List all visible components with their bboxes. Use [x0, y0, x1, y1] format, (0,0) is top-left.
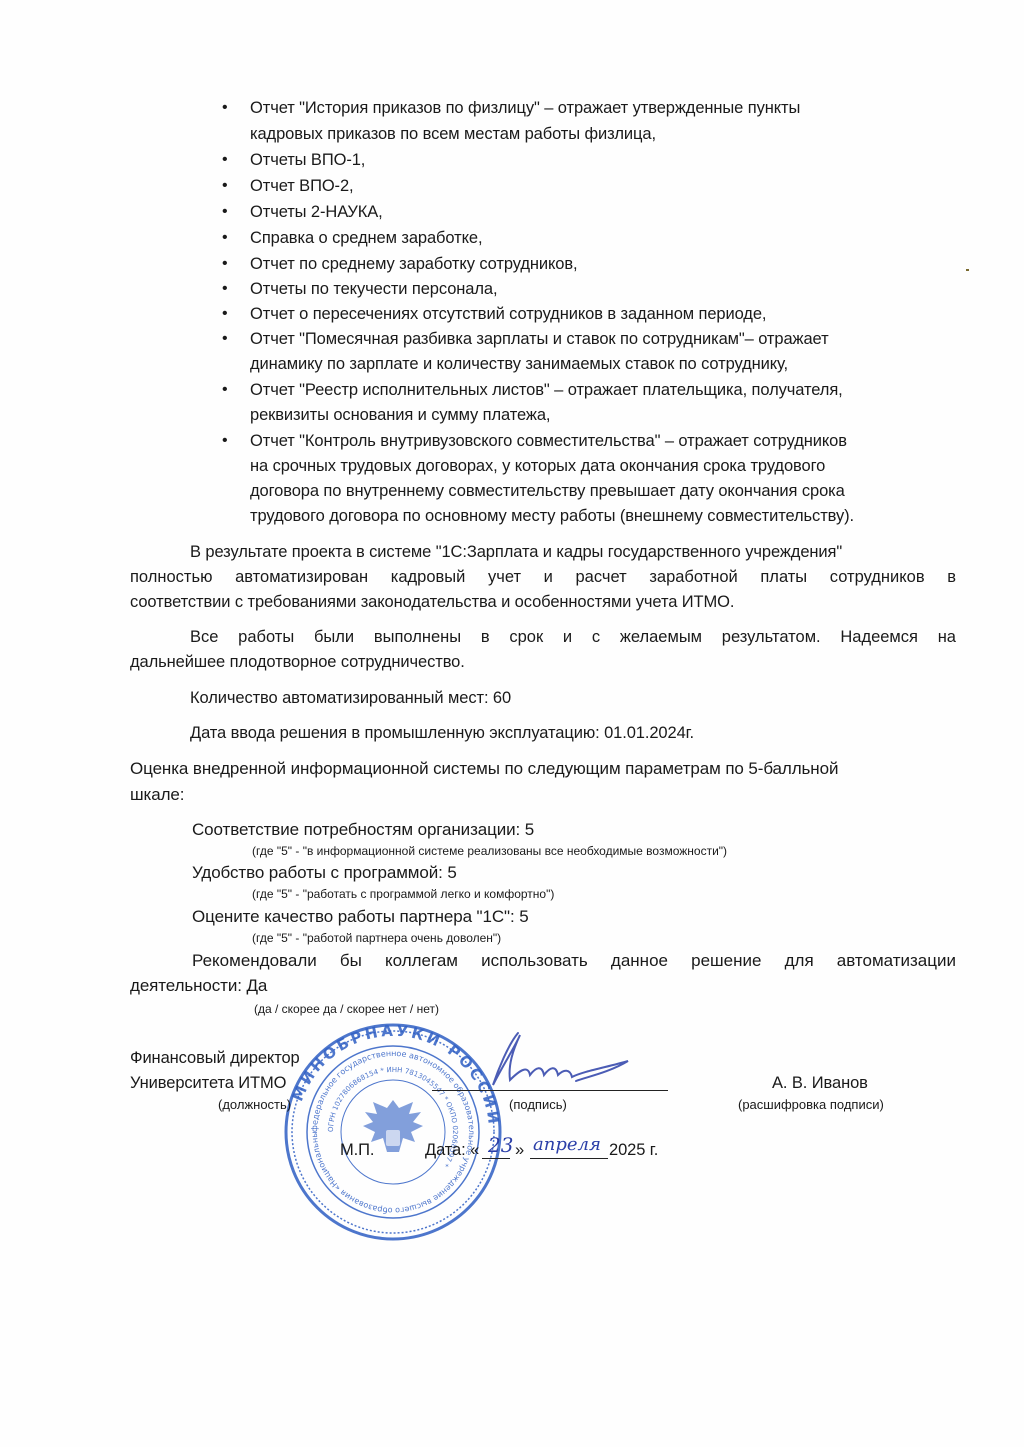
bullet-icon: •: [222, 431, 228, 451]
position-caption: (должность): [218, 1097, 291, 1113]
list-item-cont: договора по внутреннему совместительству…: [250, 481, 845, 501]
paragraph-line: дальнейшее плодотворное сотрудничество.: [130, 652, 465, 672]
list-item: Отчет о пересечениях отсутствий сотрудни…: [250, 304, 766, 324]
bullet-icon: •: [222, 329, 228, 349]
date-month-line: [530, 1158, 608, 1159]
date-month: апреля: [533, 1134, 601, 1155]
bullet-icon: •: [222, 176, 228, 196]
list-item-cont: реквизиты основания и сумму платежа,: [250, 405, 550, 425]
bullet-icon: •: [222, 254, 228, 274]
evaluation-heading-cont: шкале:: [130, 785, 184, 805]
signer-name: А. В. Иванов: [772, 1073, 868, 1093]
scan-speck: [966, 269, 969, 271]
date-day-line: [482, 1158, 510, 1159]
paragraph-line: Все работы были выполнены в срок и с жел…: [190, 627, 956, 647]
date-prefix: Дата: «: [425, 1140, 479, 1160]
date-year: 2025 г.: [609, 1140, 658, 1160]
list-item: Отчет ВПО-2,: [250, 176, 354, 196]
evaluation-note: (где "5" - "работой партнера очень довол…: [252, 930, 501, 946]
signature-caption: (подпись): [509, 1097, 567, 1113]
list-item-cont: на срочных трудовых договорах, у которых…: [250, 456, 825, 476]
list-item: Отчет "Реестр исполнительных листов" – о…: [250, 380, 843, 400]
list-item: Отчет по среднему заработку сотрудников,: [250, 254, 578, 274]
paragraph-line: В результате проекта в системе "1С:Зарпл…: [190, 542, 842, 562]
list-item: Отчеты по текучести персонала,: [250, 279, 497, 299]
list-item: Отчеты 2-НАУКА,: [250, 202, 383, 222]
evaluation-item-usability: Удобство работы с программой: 5: [192, 863, 457, 883]
date-day: 23: [488, 1133, 513, 1157]
paragraph-line: соответствии с требованиями законодатель…: [130, 592, 734, 612]
list-item-cont: кадровых приказов по всем местам работы …: [250, 124, 656, 144]
bullet-icon: •: [222, 228, 228, 248]
list-item: Справка о среднем заработке,: [250, 228, 482, 248]
position-title: Финансовый директор: [130, 1048, 300, 1068]
bullet-icon: •: [222, 150, 228, 170]
list-item: Отчет "Контроль внутривузовского совмест…: [250, 431, 847, 451]
date-mid: »: [515, 1140, 524, 1160]
recommend-line: Рекомендовали бы коллегам использовать д…: [192, 951, 956, 971]
list-item: Отчеты ВПО-1,: [250, 150, 365, 170]
evaluation-item-needs: Соответствие потребностям организации: 5: [192, 820, 534, 840]
paragraph-line: полностью автоматизирован кадровый учет …: [130, 567, 956, 587]
document-page: • Отчет "История приказов по физлицу" – …: [0, 0, 1024, 1447]
list-item: Отчет "История приказов по физлицу" – от…: [250, 98, 800, 118]
recommend-answer: деятельности: Да: [130, 976, 267, 996]
bullet-icon: •: [222, 380, 228, 400]
handwritten-signature-icon: [458, 1025, 678, 1095]
bullet-icon: •: [222, 202, 228, 222]
list-item-cont: трудового договора по основному месту ра…: [250, 506, 854, 526]
bullet-icon: •: [222, 304, 228, 324]
bullet-icon: •: [222, 279, 228, 299]
evaluation-note: (где "5" - "в информационной системе реа…: [252, 843, 727, 859]
recommend-note: (да / скорее да / скорее нет / нет): [254, 1001, 439, 1017]
list-item: Отчет "Помесячная разбивка зарплаты и ст…: [250, 329, 829, 349]
evaluation-heading: Оценка внедренной информационной системы…: [130, 759, 838, 779]
evaluation-item-partner: Оцените качество работы партнера "1С": 5: [192, 907, 529, 927]
launch-date: Дата ввода решения в промышленную эксплу…: [190, 723, 694, 743]
bullet-icon: •: [222, 98, 228, 118]
position-org: Университета ИТМО: [130, 1073, 286, 1093]
evaluation-note: (где "5" - "работать с программой легко …: [252, 886, 554, 902]
name-caption: (расшифровка подписи): [738, 1097, 884, 1113]
workplaces-count: Количество автоматизированный мест: 60: [190, 688, 511, 708]
stamp-label: М.П.: [340, 1140, 374, 1160]
list-item-cont: динамику по зарплате и количеству занима…: [250, 354, 788, 374]
